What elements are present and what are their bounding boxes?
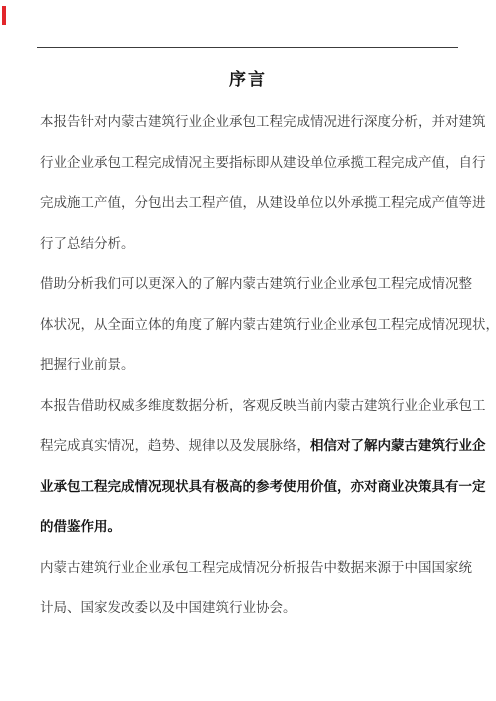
text-line-bold: 的借鉴作用。: [40, 519, 121, 534]
text-line: 行业企业承包工程完成情况主要指标即从建设单位承揽工程完成产值，自行: [40, 143, 490, 184]
text-line: 内蒙古建筑行业企业承包工程完成情况分析报告中数据来源于中国国家统: [40, 548, 490, 589]
text-line: 本报告针对内蒙古建筑行业企业承包工程完成情况进行深度分析，并对建筑: [40, 102, 490, 143]
text-line: 业承包工程完成情况现状具有极高的参考使用价值，亦对商业决策具有一定: [40, 467, 490, 508]
text-line: 完成施工产值，分包出去工程产值，从建设单位以外承揽工程完成产值等进: [40, 183, 490, 224]
text-line: 把握行业前景。: [40, 345, 490, 386]
text-line-normal: 程完成真实情况，趋势、规律以及发展脉络，: [40, 438, 310, 453]
text-line: 计局、国家发改委以及中国建筑行业协会。: [40, 588, 490, 629]
document-page: 序言 本报告针对内蒙古建筑行业企业承包工程完成情况进行深度分析，并对建筑行业企业…: [0, 0, 496, 701]
text-line-bold: 业承包工程完成情况现状具有极高的参考使用价值，亦对商业决策具有一定: [40, 479, 486, 494]
red-logo-mark: [2, 6, 6, 25]
text-line-normal: 本报告借助权威多维度数据分析，客观反映当前内蒙古建筑行业企业承包工: [40, 398, 486, 413]
text-line-normal: 内蒙古建筑行业企业承包工程完成情况分析报告中数据来源于中国国家统: [40, 560, 472, 575]
header-divider: [37, 47, 458, 48]
page-title: 序言: [0, 65, 496, 90]
text-line: 体状况，从全面立体的角度了解内蒙古建筑行业企业承包工程完成情况现状，: [40, 305, 490, 346]
text-line: 的借鉴作用。: [40, 507, 490, 548]
text-line-normal: 本报告针对内蒙古建筑行业企业承包工程完成情况进行深度分析，并对建筑: [40, 114, 486, 129]
text-line: 借助分析我们可以更深入的了解内蒙古建筑行业企业承包工程完成情况整: [40, 264, 490, 305]
text-line-normal: 行了总结分析。: [40, 236, 135, 251]
text-line: 程完成真实情况，趋势、规律以及发展脉络，相信对了解内蒙古建筑行业企: [40, 426, 490, 467]
text-line-normal: 计局、国家发改委以及中国建筑行业协会。: [40, 600, 297, 615]
text-line-normal: 完成施工产值，分包出去工程产值，从建设单位以外承揽工程完成产值等进: [40, 195, 486, 210]
text-line-normal: 借助分析我们可以更深入的了解内蒙古建筑行业企业承包工程完成情况整: [40, 276, 472, 291]
text-line: 行了总结分析。: [40, 224, 490, 265]
text-line-bold: 相信对了解内蒙古建筑行业企: [310, 438, 486, 453]
text-line-normal: 行业企业承包工程完成情况主要指标即从建设单位承揽工程完成产值，自行: [40, 155, 486, 170]
text-line-normal: 把握行业前景。: [40, 357, 135, 372]
text-line: 本报告借助权威多维度数据分析，客观反映当前内蒙古建筑行业企业承包工: [40, 386, 490, 427]
preface-body: 本报告针对内蒙古建筑行业企业承包工程完成情况进行深度分析，并对建筑行业企业承包工…: [40, 102, 490, 629]
text-line-normal: 体状况，从全面立体的角度了解内蒙古建筑行业企业承包工程完成情况现状，: [40, 317, 496, 332]
